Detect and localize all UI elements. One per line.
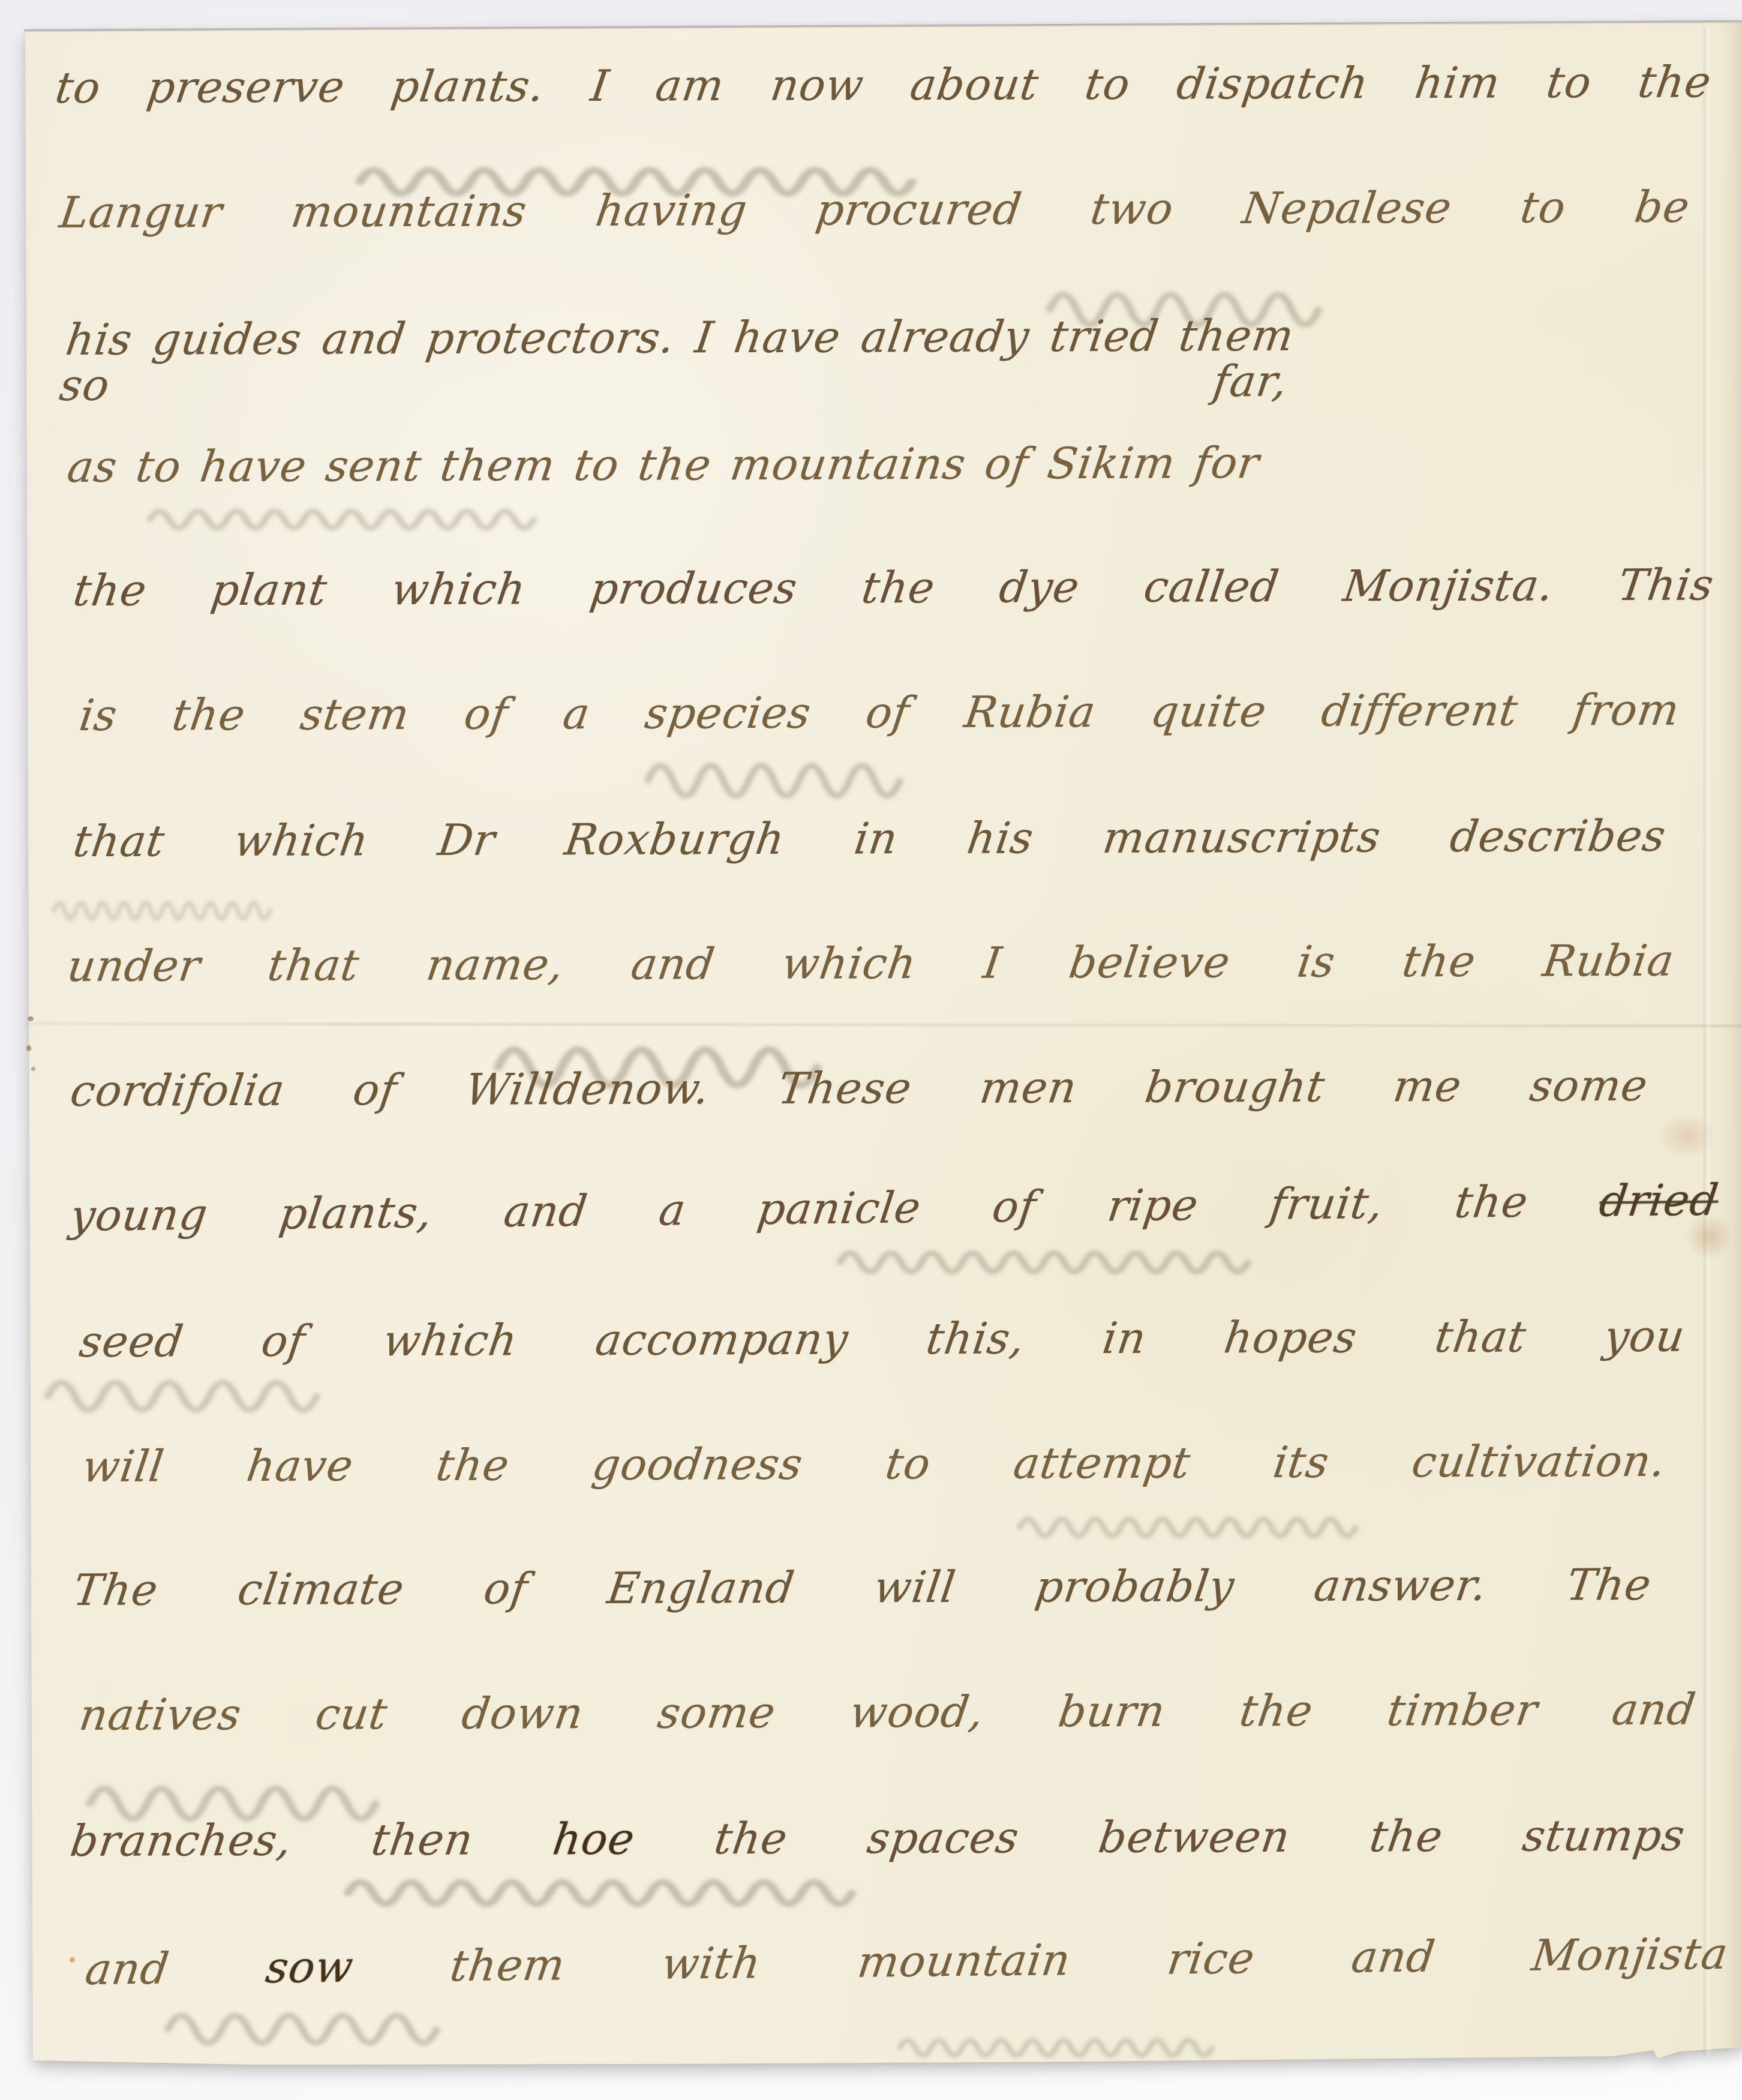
line-text: The climate of England will probably ans… <box>70 1559 1654 1615</box>
ink-blot-word: hoe <box>550 1814 638 1864</box>
line-text: to preserve plants. I am now about to di… <box>52 56 1714 113</box>
line-text: seed of which accompany this, in hopes t… <box>76 1311 1688 1367</box>
letter-line-13: The climate of England will probably ans… <box>71 1562 1654 1613</box>
strikethrough-word: dried <box>1597 1175 1722 1226</box>
line-text: his guides and protectors. I have alread… <box>56 310 1297 410</box>
letter-line-6: is the stem of a species of Rubia quite … <box>77 687 1683 739</box>
letter-line-2: Langur mountains having procured two Nep… <box>57 184 1693 236</box>
line-text: young plants, and a panicle of ripe frui… <box>68 1177 1531 1241</box>
line-text: that which Dr Roxburgh in his manuscript… <box>70 811 1669 866</box>
letter-line-3: his guides and protectors. I have alread… <box>57 313 1297 409</box>
handwriting-layer: to preserve plants. I am now about to di… <box>0 0 1742 2100</box>
line-text: and <box>83 1943 173 1994</box>
line-text: cordifolia of Willdenow. These men broug… <box>67 1060 1651 1116</box>
letter-line-14: natives cut down some wood, burn the tim… <box>77 1687 1699 1738</box>
letter-line-11: seed of which accompany this, in hopes t… <box>77 1313 1688 1365</box>
line-text: the spaces between the stumps <box>711 1810 1688 1864</box>
letter-line-4: as to have sent them to the mountains of… <box>65 440 1262 490</box>
letter-line-9: cordifolia of Willdenow. These men broug… <box>68 1063 1651 1114</box>
scanner-background: { "letter": { "ink_color": "#6d5739", "p… <box>0 0 1742 2100</box>
line-text: Langur mountains having procured two Nep… <box>56 182 1693 238</box>
line-text: as to have sent them to the mountains of… <box>64 437 1262 492</box>
line-text: branches, then <box>67 1814 476 1866</box>
line-text: will have the goodness to attempt its cu… <box>79 1436 1669 1492</box>
letter-line-8: under that name, and which I believe is … <box>65 938 1677 989</box>
line-text: natives cut down some wood, burn the tim… <box>76 1684 1699 1740</box>
letter-line-7: that which Dr Roxburgh in his manuscript… <box>71 813 1669 865</box>
line-text: them with mountain rice and Monjista <box>447 1928 1731 1991</box>
letter-line-10: young plants, and a panicle of ripe frui… <box>68 1177 1722 1239</box>
line-text: under that name, and which I believe is … <box>64 935 1677 991</box>
letter-line-12: will have the goodness to attempt its cu… <box>80 1438 1669 1490</box>
letter-line-15: branches, then hoe the spaces between th… <box>68 1813 1688 1864</box>
ink-blot-word: sow <box>263 1942 356 1993</box>
letter-line-5: the plant which produces the dye called … <box>71 562 1717 613</box>
letter-line-16: and sow them with mountain rice and Monj… <box>83 1931 1731 1993</box>
letter-line-1: to preserve plants. I am now about to di… <box>53 59 1714 110</box>
line-text: is the stem of a species of Rubia quite … <box>76 685 1683 740</box>
line-text: the plant which produces the dye called … <box>70 559 1717 616</box>
